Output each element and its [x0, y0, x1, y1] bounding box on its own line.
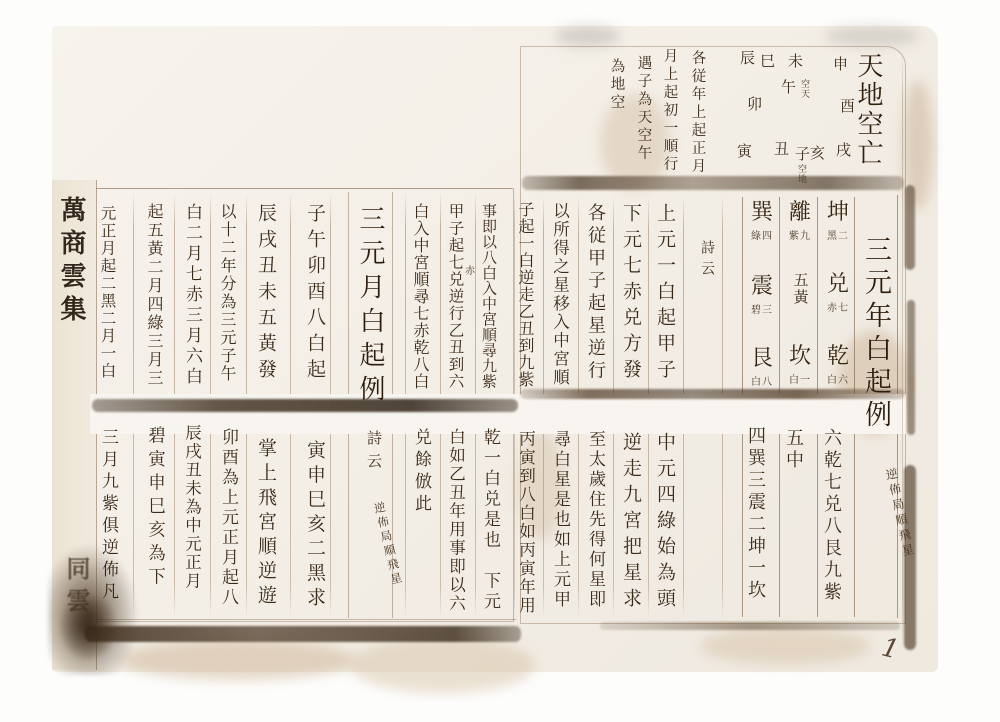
text-column: 碧寅申巳亥為下	[146, 426, 164, 591]
margin-note-column: 月上起初一順行	[662, 48, 677, 174]
palace-cell: 艮 八白	[743, 348, 781, 388]
margin-title: 天地空亡	[855, 52, 881, 168]
text-column: 子起一白逆走乙丑到九紫	[517, 201, 533, 388]
page-edge-streak	[905, 185, 915, 270]
text-column: 尋白星是也如上元甲	[551, 430, 568, 610]
branch-char: 亥	[810, 142, 825, 163]
margin-note-column: 為地空	[609, 58, 624, 112]
margin-note-column: 各従年上起正月	[690, 50, 705, 176]
branch-char: 卯	[747, 93, 762, 114]
palace-number: 六白	[819, 371, 857, 386]
palace-number: 四綠	[743, 227, 781, 242]
stain	[350, 638, 535, 693]
section-title-left: 三元月白起例	[357, 205, 383, 409]
palace-name: 離	[781, 202, 819, 224]
palace-number: 七赤	[819, 299, 857, 314]
stain	[120, 640, 355, 680]
palace-lower-column: 四巽三震二坤一坎	[746, 426, 764, 602]
text-column: 寅申巳亥二黑求	[305, 440, 324, 612]
text-column: 以十二年分為三元子午	[219, 203, 235, 383]
branch-char: 午	[781, 76, 796, 97]
text-column: 中元四綠始為頭	[655, 432, 674, 614]
text-column: 辰戌丑未五黃發	[256, 203, 275, 385]
ink-smear	[92, 399, 518, 412]
text-column: 乾一白兑是也 下元	[481, 428, 498, 613]
branch-char: 子	[795, 143, 810, 164]
text-column: 子午卯酉八白起	[305, 203, 324, 385]
text-column: 上元一白起甲子	[655, 203, 674, 385]
stain	[555, 26, 620, 46]
ink-smear	[520, 389, 905, 399]
branch-char: 巳	[760, 50, 775, 71]
note-earth: 空地	[796, 164, 805, 184]
palace-cell: 坎 一白	[781, 346, 819, 386]
palace-cell: 坤 二黑	[819, 202, 857, 242]
branch-char: 丑	[774, 138, 789, 159]
palace-lower-column: 六乾七兑八艮九紫	[822, 428, 840, 604]
page-edge-streak	[907, 300, 915, 435]
text-column: 三月九紫俱逆佈凡	[99, 428, 116, 604]
text-column: 逆走九宮把星求	[621, 432, 640, 614]
text-column: 兑餘倣此	[412, 428, 429, 516]
ink-smear	[522, 176, 904, 190]
palace-number: 八白	[743, 373, 781, 388]
shiyun-right: 詩云	[700, 240, 714, 282]
palace-cell: 巽 四綠	[743, 202, 781, 242]
section-title-right: 三元年白起例	[862, 235, 889, 433]
rule-line	[96, 619, 516, 620]
text-column: 甲子起七兑逆行乙丑到六	[447, 203, 463, 390]
palace-number: 二黑	[819, 227, 857, 242]
palace-cell: 五黃	[781, 272, 819, 306]
palace-cell: 兑 七赤	[819, 274, 857, 314]
spine-label-lower: 同雲	[64, 556, 88, 620]
shiyun-left: 詩云	[366, 430, 381, 476]
text-column: 白如乙丑年用事即以六	[447, 428, 464, 613]
text-column: 各従甲子起星逆行	[586, 203, 604, 383]
stain	[825, 26, 920, 46]
branch-char: 酉	[840, 95, 855, 116]
ink-smear	[85, 626, 521, 642]
text-column: 白入中宮順尋七赤乾八白	[412, 203, 428, 390]
palace-name: 兑	[819, 274, 857, 296]
palace-cell: 震 三碧	[743, 276, 781, 316]
palace-name: 五黃	[793, 272, 808, 306]
palace-name: 艮	[743, 348, 781, 370]
text-column: 辰戌丑未為中元正月	[183, 424, 200, 591]
rule-line	[96, 188, 512, 189]
palace-number: 九紫	[781, 227, 819, 242]
text-column: 卯酉為上元正月起八	[219, 428, 236, 608]
palace-name: 坤	[819, 202, 857, 224]
insert-char: 赤	[465, 262, 475, 277]
text-column: 白二月七赤三月六白	[183, 203, 200, 388]
note-heaven: 空天	[799, 79, 808, 99]
branch-char: 寅	[737, 140, 752, 161]
text-column: 事即以八白入中宮順尋九紫	[481, 203, 496, 389]
branch-char: 辰	[740, 47, 755, 68]
stain	[700, 628, 870, 664]
branch-char: 戌	[836, 139, 851, 160]
palace-cell: 乾 六白	[819, 346, 857, 386]
text-column: 掌上飛宮順逆遊	[256, 438, 275, 610]
palace-lower-column: 五中	[784, 428, 802, 472]
palace-cell: 離 九紫	[781, 202, 819, 242]
text-column: 下元七赤兑方發	[621, 203, 640, 385]
branch-char: 申	[833, 53, 848, 74]
branch-char: 未	[788, 50, 803, 71]
margin-note-column: 遇子為天空午	[636, 55, 651, 163]
palace-name: 震	[743, 276, 781, 298]
text-column: 元正月起二黑二月一白	[99, 205, 115, 380]
palace-number: 一白	[781, 371, 819, 386]
scanned-manuscript-page: { "palette": { "paper": "#f4efe7", "ink"…	[0, 0, 1000, 722]
palace-name: 坎	[781, 346, 819, 368]
text-column: 起五黃二月四綠三月三	[146, 203, 162, 388]
palace-name: 乾	[819, 346, 857, 368]
ink-smear	[600, 622, 900, 630]
palace-name: 巽	[743, 202, 781, 224]
spine-label: 萬商雲集	[58, 196, 84, 328]
text-column: 以所得之星移入中宮順	[551, 202, 568, 387]
palace-number: 三碧	[743, 301, 781, 316]
text-column: 至太歲住先得何星即	[586, 430, 603, 610]
text-column: 丙寅到八白如丙寅年用	[517, 430, 534, 615]
